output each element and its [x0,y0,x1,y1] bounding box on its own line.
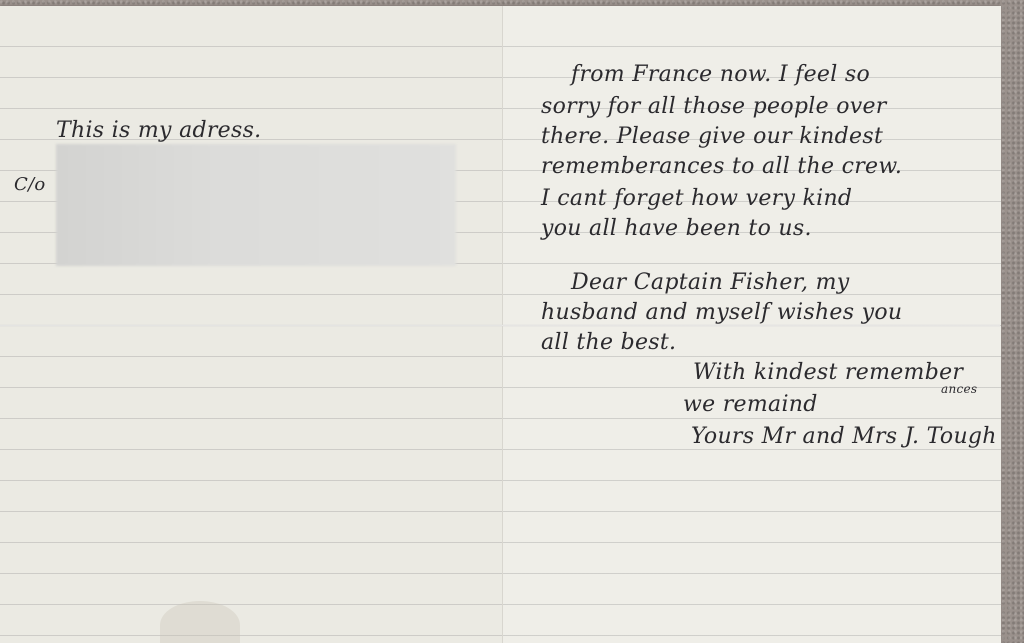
closing-line-2: we remaind [683,392,818,417]
address-intro: This is my adress. [56,118,261,143]
paper-stain [160,601,240,643]
body-line-5: I cant forget how very kind [541,186,852,211]
body-line-6: you all have been to us. [541,216,812,241]
signature-line: Yours Mr and Mrs J. Tough [691,424,997,449]
horizontal-fold [0,324,1000,327]
closing-line-1: With kindest remember [693,360,963,385]
redacted-address [56,144,456,266]
paragraph2-line-2: husband and myself wishes you [541,300,902,325]
salutation-line: Dear Captain Fisher, my [571,270,850,295]
body-line-1: from France now. I feel so [571,62,870,87]
letter-sheet: This is my adress. C/o from France now. … [0,6,1000,643]
closing-suffix: ances [941,382,977,396]
body-line-3: there. Please give our kindest [541,124,883,149]
body-line-2: sorry for all those people over [541,94,887,119]
body-line-4: rememberances to all the crew. [541,154,902,179]
care-of-label: C/o [14,174,46,195]
paragraph2-line-3: all the best. [541,330,676,355]
